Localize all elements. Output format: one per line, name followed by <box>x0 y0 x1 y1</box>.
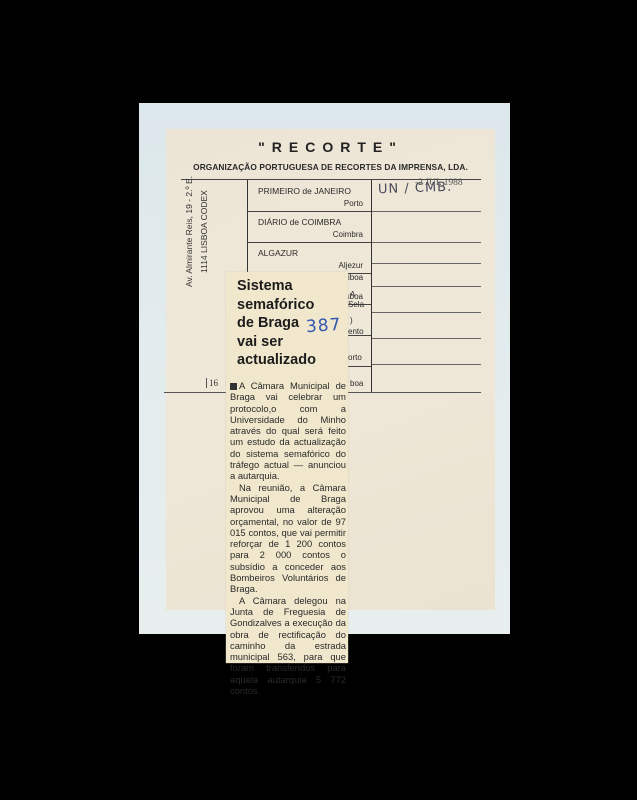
paragraph-text: A Câmara Municipal de Braga vai celebrar… <box>230 380 346 481</box>
handwritten-number: 387 <box>305 315 342 337</box>
address-block: Av. Almirante Reis, 19 - 2.º E. 1114 LIS… <box>182 176 212 287</box>
page-number: 16 <box>206 378 218 388</box>
publication-city: Porto <box>344 199 363 208</box>
covered-text-fragment: boa <box>350 379 363 388</box>
divider <box>372 263 481 264</box>
covered-text-fragment: ) <box>350 316 353 325</box>
publication-name: ALGAZUR <box>258 248 298 258</box>
address-line-1: Av. Almirante Reis, 19 - 2.º E. <box>182 176 197 287</box>
clipping-paragraph: A Câmara Municipal de Braga vai celebrar… <box>230 380 346 482</box>
covered-text-fragment: Sela <box>348 300 364 309</box>
form-subtitle: ORGANIZAÇÃO PORTUGUESA DE RECORTES DA IM… <box>166 162 495 172</box>
stamp-date: -2 JUL 1988 <box>415 178 463 188</box>
newspaper-clipping: Sistema semafórico de Braga vai ser actu… <box>226 272 348 663</box>
publication-city: Coimbra <box>333 230 363 239</box>
address-line-2: 1114 LISBOA CODEX <box>197 176 212 287</box>
headline-line: Sistema <box>237 277 316 296</box>
divider <box>372 312 481 313</box>
clipping-paragraph: A Câmara delegou na Junta de Freguesia d… <box>230 595 346 697</box>
clipping-body: A Câmara Municipal de Braga vai celebrar… <box>230 380 346 696</box>
divider <box>372 364 481 365</box>
divider <box>372 242 481 243</box>
publication-row: ALGAZUR Aljezur <box>247 242 371 274</box>
headline-line: actualizado <box>237 351 316 370</box>
divider <box>372 286 481 287</box>
headline-line: de Braga <box>237 314 316 333</box>
publication-row: DIÁRIO de COIMBRA Coimbra <box>247 211 371 243</box>
clipping-headline: Sistema semafórico de Braga vai ser actu… <box>237 277 316 370</box>
form-title: "RECORTE" <box>166 139 495 155</box>
covered-text-fragment: A <box>350 290 355 299</box>
covered-text-fragment: orto <box>348 353 362 362</box>
publication-name: DIÁRIO de COIMBRA <box>258 217 341 227</box>
publication-row: PRIMEIRO de JANEIRO Porto <box>247 180 371 212</box>
headline-line: semafórico <box>237 296 316 315</box>
publication-name: PRIMEIRO de JANEIRO <box>258 186 351 196</box>
covered-text-fragment: iboa <box>348 273 363 282</box>
divider <box>372 338 481 339</box>
clipping-paragraph: Na reunião, a Câmara Municipal de Braga … <box>230 482 346 595</box>
publication-city: Aljezur <box>339 261 363 270</box>
headline-line: vai ser <box>237 333 316 352</box>
divider <box>372 211 481 212</box>
square-bullet-icon <box>230 383 237 390</box>
covered-text-fragment: ento <box>348 327 364 336</box>
